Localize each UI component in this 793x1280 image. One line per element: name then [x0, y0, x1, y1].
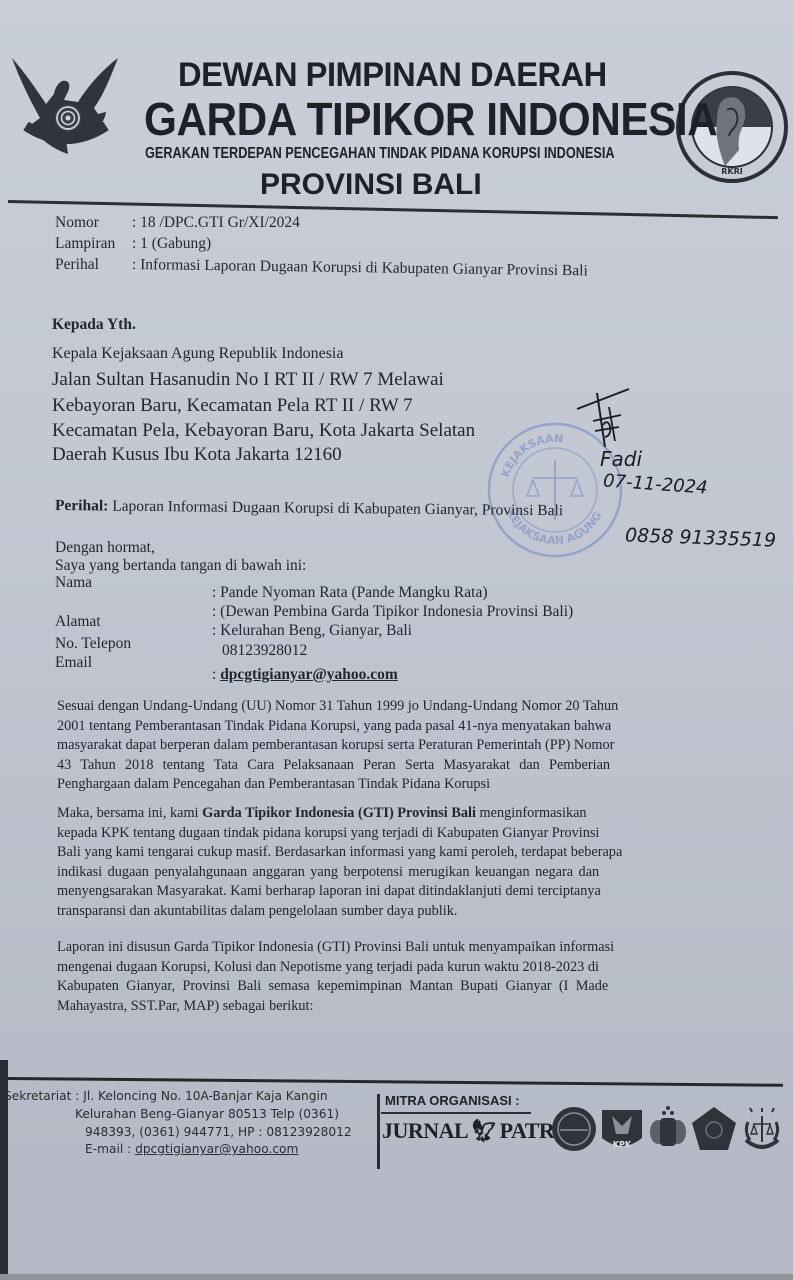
body-paragraph-1: Sesuai dengan Undang-Undang (UU) Nomor 3…	[57, 696, 689, 794]
intro-line: Saya yang bertanda tangan di bawah ini:	[55, 557, 306, 575]
body-p2-line: transparansi dan akuntabilitas dalam pen…	[57, 901, 689, 921]
kpk-logo-icon: KPK	[598, 1104, 646, 1154]
footer-sekretariat-line-3: 948393, (0361) 944771, HP : 08123928012	[85, 1125, 352, 1139]
subject-text: Laporan Informasi Dugaan Korupsi di Kabu…	[108, 498, 563, 520]
sender-nama-label: Nama	[55, 574, 92, 592]
footer-vertical-divider	[377, 1094, 380, 1169]
meta-lampiran-value: : 1 (Gabung)	[132, 235, 211, 252]
recipient-line-4: Kecamatan Pela, Kebayoran Baru, Kota Jak…	[52, 420, 475, 442]
meta-nomor: Nomor: 18 /DPC.GTI Gr/XI/2024	[55, 214, 300, 232]
sender-alamat-label: Alamat	[55, 613, 101, 631]
meta-perihal-value: : Informasi Laporan Dugaan Korupsi di Ka…	[132, 256, 588, 280]
body-p1-line: Penghargaan dalam Pencegahan dan Pembera…	[57, 774, 689, 794]
body-p2-start: Maka, bersama ini, kami	[57, 804, 202, 821]
body-p1-line: Sesuai dengan Undang-Undang (UU) Nomor 3…	[57, 696, 689, 716]
page-bottom-edge	[0, 1274, 793, 1280]
letterhead-title-line1: DEWAN PIMPINAN DAERAH	[178, 56, 607, 95]
body-p2-line: indikasi dugaan penyalahgunaan anggaran …	[57, 862, 689, 882]
footer-divider	[8, 1077, 783, 1087]
sender-nama-value: : Pande Nyoman Rata (Pande Mangku Rata)	[212, 584, 488, 602]
body-p3-line: Laporan ini disusun Garda Tipikor Indone…	[57, 937, 689, 957]
sender-email: : dpcgtigianyar@yahoo.com	[212, 666, 398, 684]
footer-email-link[interactable]: dpcgtigianyar@yahoo.com	[135, 1142, 298, 1156]
footer-sekretariat-line-2: Kelurahan Beng-Gianyar 80513 Telp (0361)	[75, 1107, 339, 1121]
police-emblem-icon	[644, 1104, 692, 1154]
body-paragraph-2: Maka, bersama ini, kami Garda Tipikor In…	[57, 803, 689, 921]
body-p1-line: 43 Tahun 2018 tentang Tata Cara Pelaksan…	[57, 755, 689, 775]
jurnal-text: JURNAL	[382, 1118, 468, 1143]
svg-text:RKRI: RKRI	[721, 167, 743, 176]
recipient-line-3: Kebayoran Baru, Kecamatan Pela RT II / R…	[52, 395, 413, 417]
sender-jabatan-value: : (Dewan Pembina Garda Tipikor Indonesia…	[212, 603, 573, 621]
recipient-line-5: Daerah Kusus Ibu Kota Jakarta 12160	[52, 444, 342, 466]
jurnal-patroli-rule	[381, 1112, 531, 1114]
body-p2-end: menginformasikan	[476, 804, 587, 821]
recipient-line-2: Jalan Sultan Hasanudin No I RT II / RW 7…	[52, 369, 444, 391]
eagle-icon: 🦅︎	[470, 1118, 497, 1144]
body-p1-line: 2001 tentang Pemberantasan Tindak Pidana…	[57, 716, 689, 736]
body-p2-line: menyengsarakan Masyarakat. Kami berharap…	[57, 881, 689, 901]
body-p3-line: Mahayastra, SST.Par, MAP) sebagai beriku…	[57, 996, 689, 1016]
body-p2-org-name: Garda Tipikor Indonesia (GTI) Provinsi B…	[202, 804, 476, 821]
recipient-line-1: Kepala Kejaksaan Agung Republik Indonesi…	[52, 345, 343, 363]
subject-label: Perihal:	[55, 497, 109, 515]
body-p3-line: Kabupaten Gianyar, Provinsi Bali semasa …	[57, 976, 689, 996]
round-emblem-icon	[550, 1104, 598, 1154]
footer-sekretariat-line-1: Sekretariat : Jl. Keloncing No. 10A-Banj…	[4, 1089, 328, 1103]
sender-telepon-label: No. Telepon	[55, 635, 131, 653]
handwritten-name: Fadi	[600, 447, 642, 471]
letterhead-province: PROVINSI BALI	[260, 168, 482, 202]
letterhead-title-line2: GARDA TIPIKOR INDONESIA	[144, 92, 717, 146]
body-p2-line: kepada KPK tentang dugaan tindak pidana …	[57, 823, 689, 843]
pentagon-emblem-icon	[690, 1104, 738, 1154]
meta-nomor-value: : 18 /DPC.GTI Gr/XI/2024	[132, 214, 300, 231]
sender-telepon-value: 08123928012	[222, 642, 307, 660]
greeting: Dengan hormat,	[55, 539, 155, 557]
meta-nomor-label: Nomor	[55, 214, 132, 232]
kejaksaan-emblem-icon	[738, 1104, 786, 1154]
body-p2-line: Bali yang kami tengarai cukup masif. Ber…	[57, 842, 689, 862]
footer-email: E-mail : dpcgtigianyar@yahoo.com	[85, 1142, 298, 1156]
footer-email-label: E-mail :	[85, 1142, 135, 1156]
handwritten-signature	[575, 385, 635, 455]
sender-alamat-value: : Kelurahan Beng, Gianyar, Bali	[212, 622, 412, 640]
handwritten-phone: 0858 91335519	[625, 524, 777, 551]
body-p2-first-line: Maka, bersama ini, kami Garda Tipikor In…	[57, 803, 689, 823]
mitra-label: MITRA ORGANISASI :	[385, 1093, 520, 1108]
sender-email-label: Email	[55, 654, 92, 672]
letterhead-tagline: GERAKAN TERDEPAN PENCEGAHAN TINDAK PIDAN…	[145, 145, 615, 163]
body-p1-line: masyarakat dapat berperan dalam pemberan…	[57, 735, 689, 755]
body-p3-line: mengenai dugaan Korupsi, Kolusi dan Nepo…	[57, 957, 689, 977]
meta-lampiran: Lampiran: 1 (Gabung)	[55, 235, 211, 253]
meta-perihal-label: Perihal	[55, 256, 132, 274]
meta-perihal: Perihal: Informasi Laporan Dugaan Korups…	[55, 256, 588, 274]
sender-email-prefix: :	[212, 666, 220, 683]
svg-text:KPK: KPK	[613, 1140, 632, 1149]
body-paragraph-3: Laporan ini disusun Garda Tipikor Indone…	[57, 937, 689, 1015]
meta-lampiran-label: Lampiran	[55, 235, 132, 253]
eagle-emblem-icon	[6, 44, 122, 164]
sender-email-link[interactable]: dpcgtigianyar@yahoo.com	[220, 666, 398, 683]
recipient-salutation: Kepada Yth.	[52, 316, 136, 334]
